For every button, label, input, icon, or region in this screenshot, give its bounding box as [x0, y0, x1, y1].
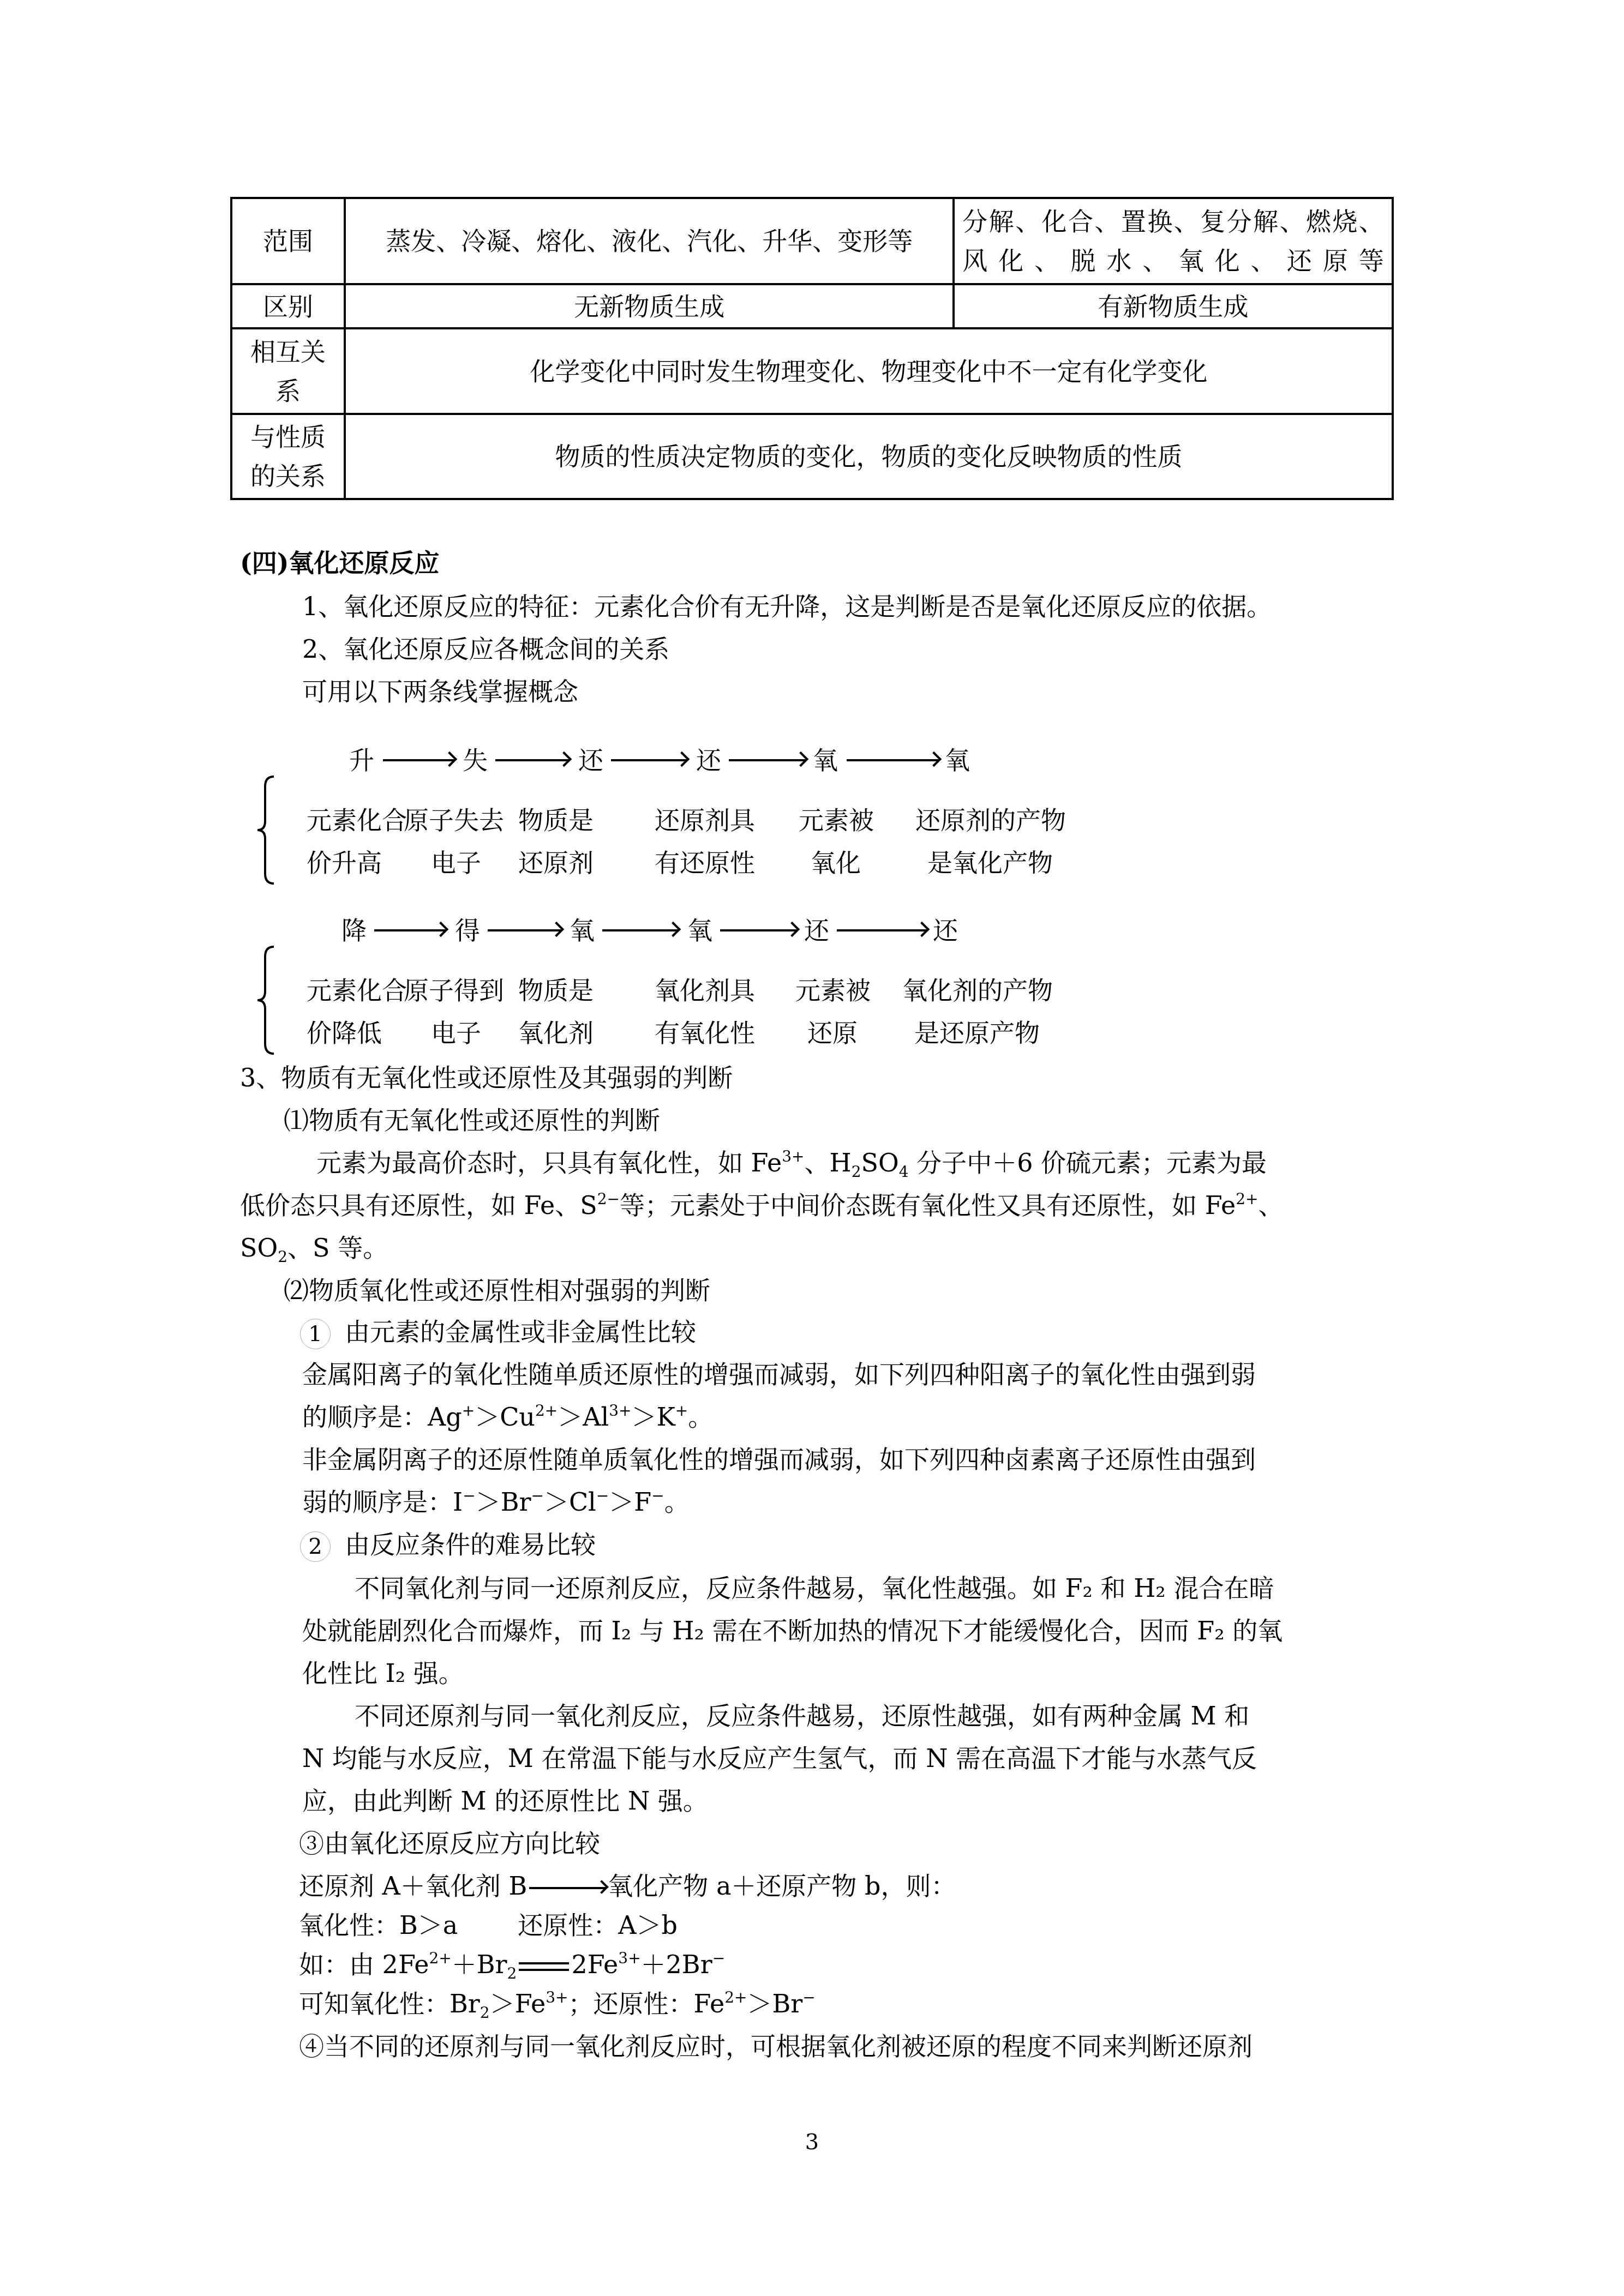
text: 的顺序是： [302, 1402, 428, 1432]
text: 还原性：A＞b [518, 1910, 678, 1940]
subscript: 2 [507, 1964, 517, 1982]
paragraph: SO2、S 等。 [240, 1231, 388, 1264]
charge: − [531, 1487, 543, 1505]
table-row: 相互关系 化学变化中同时发生物理变化、物理变化中不一定有化学变化 [231, 328, 1393, 414]
subscript: 2 [852, 1163, 861, 1181]
text: ＞Fe [490, 1989, 546, 2018]
relation-line: 氧化性：B＞a还原性：A＞b [299, 1909, 678, 1942]
sub-heading: ⑴物质有无氧化性或还原性的判断 [284, 1104, 660, 1137]
equation-line: 还原剂 A＋氧化剂 B氧化产物 a＋还原产物 b，则： [299, 1870, 956, 1902]
desc-top: 物质是 [518, 974, 594, 1007]
ion: F [634, 1487, 651, 1517]
superscript: 2+ [1236, 1190, 1258, 1208]
flow-word: 得 [455, 914, 480, 947]
desc-top: 原子失去 [404, 804, 504, 837]
text: 、H [805, 1148, 852, 1177]
subscript: 2 [480, 2004, 490, 2022]
paragraph: 1、氧化还原反应的特征：元素化合价有无升降，这是判断是否是氧化还原反应的依据。 [302, 590, 1272, 623]
paragraph: 元素为最高价态时，只具有氧化性，如 Fe3+、H2SO4 分子中＋6 价硫元素；… [316, 1146, 1267, 1179]
charge: − [651, 1487, 664, 1505]
paragraph: 非金属阴离子的还原性随单质氧化性的增强而减弱，如下列四种卤素离子还原性由强到 [302, 1443, 1256, 1476]
reduction-line-diagram: 降 得 氧 氧 还 还 元素化合 原子得到 物质是 氧化剂具 元素被 氧化剂的产… [240, 914, 1386, 1078]
ion: Al [583, 1402, 609, 1432]
subscript: 2 [278, 1248, 287, 1266]
flow-word: 还 [578, 744, 603, 777]
paragraph: 可用以下两条线掌握概念 [302, 675, 578, 708]
row-label: 区别 [231, 284, 345, 328]
text: 。 [664, 1487, 690, 1517]
desc-bottom: 价降低 [307, 1017, 382, 1049]
desc-top: 元素被 [799, 804, 874, 837]
paragraph: 化性比 I₂ 强。 [302, 1657, 464, 1690]
arrow-icon [729, 759, 805, 761]
text: 还原剂 A＋氧化剂 B [299, 1871, 527, 1901]
row-label: 范围 [231, 198, 345, 284]
subscript: 4 [899, 1163, 909, 1181]
arrow-icon [374, 929, 445, 931]
desc-bottom: 电子 [431, 1017, 481, 1049]
text: 元素为最高价态时，只具有氧化性，如 Fe [316, 1148, 782, 1177]
gt-sign: ＞ [544, 1487, 569, 1517]
desc-bottom: 还原 [807, 1017, 858, 1049]
flow-word: 还 [933, 914, 958, 947]
oxidation-line-diagram: 升 失 还 还 氧 氧 元素化合 原子失去 物质是 还原剂具 元素被 还原剂的产… [240, 744, 1386, 907]
text: 如：由 2Fe [299, 1950, 429, 1979]
superscript: 2+ [429, 1949, 452, 1967]
superscript: 2+ [724, 1988, 747, 2006]
desc-top: 元素被 [795, 974, 871, 1007]
text: 、S 等。 [287, 1233, 388, 1263]
superscript: − [802, 1988, 815, 2006]
desc-bottom: 氧化剂 [518, 1017, 594, 1049]
paragraph: 不同氧化剂与同一还原剂反应，反应条件越易，氧化性越强。如 F₂ 和 H₂ 混合在… [355, 1572, 1274, 1604]
gt-sign: ＞ [609, 1487, 634, 1517]
paragraph: 不同还原剂与同一氧化剂反应，反应条件越易，还原性越强，如有两种金属 M 和 [355, 1699, 1249, 1732]
desc-top: 原子得到 [404, 974, 504, 1007]
gt-sign: ＞ [631, 1402, 656, 1432]
arrow-icon [488, 929, 561, 931]
text: 2Fe [571, 1950, 618, 1979]
text: ＞Br [747, 1989, 802, 2018]
desc-bottom: 电子 [431, 846, 481, 879]
superscript: − [712, 1949, 725, 1967]
text: ＋Br [452, 1950, 507, 1979]
sub-heading: ⑵物质氧化性或还原性相对强弱的判断 [284, 1274, 710, 1307]
text: 。 [688, 1402, 713, 1432]
table-row: 区别 无新物质生成 有新物质生成 [231, 284, 1393, 328]
equation-line: 如：由 2Fe2+＋Br22Fe3+＋2Br− [299, 1948, 725, 1981]
ion: Cl [569, 1487, 596, 1517]
paragraph: N 均能与水反应，M 在常温下能与水反应产生氢气，而 N 需在高温下才能与水蒸气… [302, 1742, 1257, 1775]
charge: − [463, 1487, 475, 1505]
paragraph: 弱的顺序是：I−＞Br−＞Cl−＞F−。 [302, 1486, 690, 1518]
desc-bottom: 还原剂 [518, 846, 594, 879]
text: 分子中＋6 价硫元素；元素为最 [909, 1148, 1267, 1177]
desc-top: 氧化剂的产物 [902, 974, 1053, 1007]
desc-bottom: 有还原性 [655, 846, 755, 879]
flow-word: 氧 [570, 914, 595, 947]
text: 可知氧化性：Br [299, 1989, 480, 2018]
paragraph: 处就能剧烈化合而爆炸，而 I₂ 与 H₂ 需在不断加热的情况下才能缓慢化合，因而… [302, 1614, 1283, 1647]
method-heading: 1由元素的金属性或非金属性比较 [300, 1315, 696, 1349]
gt-sign: ＞ [476, 1487, 501, 1517]
table-row: 范围 蒸发、冷凝、熔化、液化、汽化、升华、变形等 分解、化合、置换、复分解、燃烧… [231, 198, 1393, 284]
text: 弱的顺序是： [302, 1487, 453, 1517]
paragraph: ④当不同的还原剂与同一氧化剂反应时，可根据氧化剂被还原的程度不同来判断还原剂 [299, 2030, 1253, 2063]
flow-word: 升 [349, 744, 374, 777]
desc-top: 元素化合 [307, 974, 407, 1007]
desc-bottom: 有氧化性 [655, 1017, 755, 1049]
table-row: 与性质的关系 物质的性质决定物质的变化，物质的变化反映物质的性质 [231, 414, 1393, 499]
flow-word: 降 [341, 914, 367, 947]
charge: + [462, 1402, 475, 1420]
text: 氧化性：B＞a [299, 1910, 458, 1940]
merged-cell: 物质的性质决定物质的变化，物质的变化反映物质的性质 [345, 414, 1393, 499]
superscript: 3+ [546, 1988, 568, 2006]
physical-change-cell: 蒸发、冷凝、熔化、液化、汽化、升华、变形等 [345, 198, 954, 284]
section-heading: (四)氧化还原反应 [240, 546, 440, 579]
charge: 2+ [535, 1402, 558, 1420]
text: 低价态只具有还原性，如 Fe、S [240, 1191, 597, 1220]
arrow-icon [383, 759, 454, 761]
flow-word: 失 [463, 744, 488, 777]
desc-top: 氧化剂具 [655, 974, 755, 1007]
page-number: 3 [0, 2130, 1624, 2155]
physical-change-cell: 无新物质生成 [345, 284, 954, 328]
subsection-heading: 3、物质有无氧化性或还原性及其强弱的判断 [240, 1061, 733, 1094]
chemical-change-cell: 分解、化合、置换、复分解、燃烧、风化、脱水、氧化、还原等 [954, 198, 1393, 284]
equals-sign-icon [517, 1961, 571, 1972]
flow-word: 还 [804, 914, 829, 947]
ion: Cu [500, 1402, 535, 1432]
ion: Ag [428, 1402, 462, 1432]
desc-bottom: 是氧化产物 [927, 846, 1053, 879]
flow-word: 氧 [813, 744, 838, 777]
text: ；还原性：Fe [568, 1989, 725, 2018]
arrow-icon [495, 759, 568, 761]
text: 由反应条件的难易比较 [345, 1530, 596, 1559]
paragraph: 的顺序是：Ag+＞Cu2+＞Al3+＞K+。 [302, 1401, 713, 1433]
gt-sign: ＞ [558, 1402, 583, 1432]
desc-top: 还原剂的产物 [915, 804, 1066, 837]
desc-top: 元素化合 [307, 804, 407, 837]
circled-number-icon: 2 [300, 1531, 331, 1562]
arrow-icon [847, 759, 938, 761]
row-label: 与性质的关系 [231, 414, 345, 499]
text: 由元素的金属性或非金属性比较 [345, 1317, 696, 1347]
paragraph: 应，由此判断 M 的还原性比 N 强。 [302, 1784, 708, 1817]
desc-bottom: 价升高 [307, 846, 382, 879]
arrow-icon [720, 929, 796, 931]
flow-word: 氧 [687, 914, 712, 947]
document-page: 范围 蒸发、冷凝、熔化、液化、汽化、升华、变形等 分解、化合、置换、复分解、燃烧… [0, 0, 1624, 2296]
chemical-change-cell: 有新物质生成 [954, 284, 1393, 328]
text: 氧化产物 a＋还原产物 b，则： [608, 1871, 956, 1901]
row-label: 相互关系 [231, 328, 345, 414]
charge: 3+ [609, 1402, 631, 1420]
text: 、 [1259, 1191, 1284, 1220]
ion: K [656, 1402, 675, 1432]
desc-top: 物质是 [518, 804, 594, 837]
desc-bottom: 氧化 [811, 846, 861, 879]
text: SO [240, 1233, 278, 1263]
brace-icon [255, 946, 277, 1055]
gt-sign: ＞ [475, 1402, 500, 1432]
charge: + [675, 1402, 688, 1420]
arrow-icon [529, 1887, 606, 1889]
arrow-icon [602, 929, 678, 931]
text: 等；元素处于中间价态既有氧化性又具有还原性，如 Fe [620, 1191, 1236, 1220]
method-heading: 2由反应条件的难易比较 [300, 1528, 596, 1562]
arrow-icon [837, 929, 926, 931]
arrow-icon [611, 759, 686, 761]
conclusion-line: 可知氧化性：Br2＞Fe3+；还原性：Fe2+＞Br− [299, 1987, 816, 2020]
desc-top: 还原剂具 [655, 804, 755, 837]
superscript: 2− [597, 1190, 620, 1208]
superscript: 3+ [782, 1147, 804, 1165]
flow-word: 氧 [945, 744, 970, 777]
desc-bottom: 是还原产物 [914, 1017, 1040, 1049]
text: SO [861, 1148, 898, 1177]
text: ＋2Br [641, 1950, 712, 1979]
merged-cell: 化学变化中同时发生物理变化、物理变化中不一定有化学变化 [345, 328, 1393, 414]
paragraph: 2、氧化还原反应各概念间的关系 [302, 633, 669, 665]
charge: − [596, 1487, 609, 1505]
brace-icon [255, 776, 277, 885]
superscript: 3+ [618, 1949, 640, 1967]
ion: I [453, 1487, 463, 1517]
flow-word: 还 [696, 744, 721, 777]
paragraph: 金属阳离子的氧化性随单质还原性的增强而减弱，如下列四种阳离子的氧化性由强到弱 [302, 1358, 1256, 1391]
change-comparison-table: 范围 蒸发、冷凝、熔化、液化、汽化、升华、变形等 分解、化合、置换、复分解、燃烧… [230, 197, 1394, 500]
circled-number-icon: 1 [300, 1319, 331, 1349]
method-heading: ③由氧化还原反应方向比较 [299, 1827, 600, 1860]
paragraph: 低价态只具有还原性，如 Fe、S2−等；元素处于中间价态既有氧化性又具有还原性，… [240, 1189, 1284, 1222]
ion: Br [501, 1487, 531, 1517]
